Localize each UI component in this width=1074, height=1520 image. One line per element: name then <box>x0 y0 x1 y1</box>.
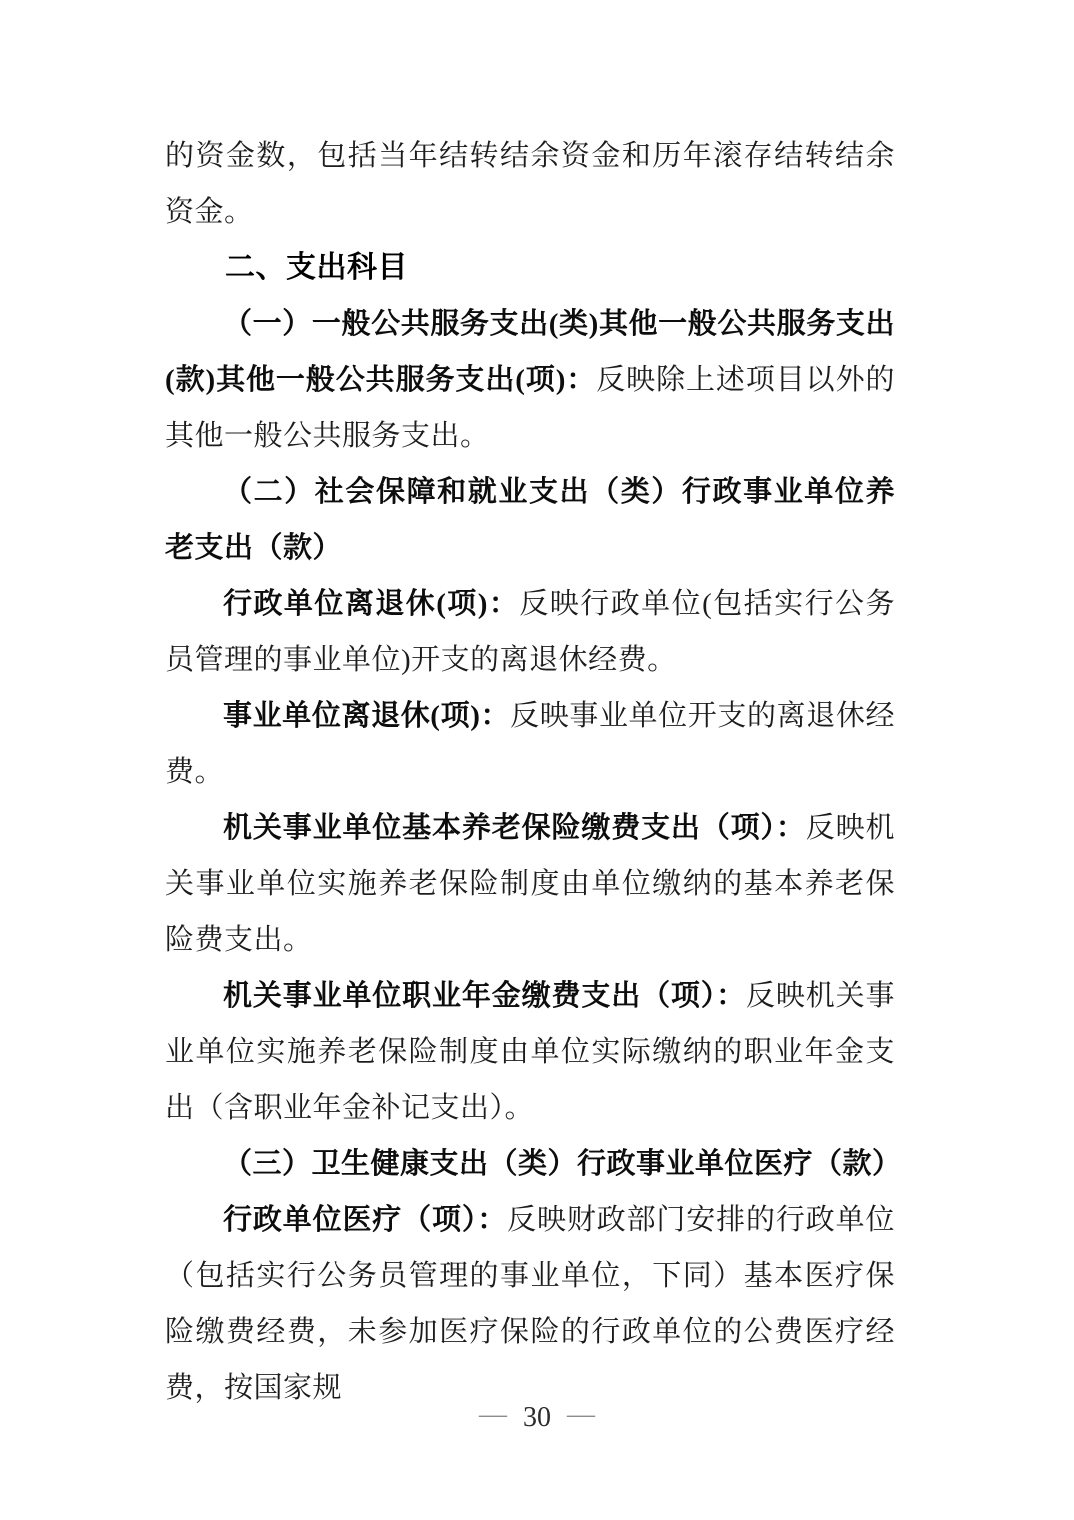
heading-expenditure-items: 二、支出科目 <box>165 240 895 296</box>
page-number: 30 <box>523 1402 551 1433</box>
para-institution-retirement: 事业单位离退休(项)：反映事业单位开支的离退休经费。 <box>165 688 895 800</box>
text-run: 行政单位医疗（项）： <box>223 1204 507 1236</box>
para-social-security-pension: （二）社会保障和就业支出（类）行政事业单位养老支出（款） <box>165 464 895 576</box>
text-run: 事业单位离退休(项)： <box>223 700 510 732</box>
footer-dash-left: — <box>479 1399 507 1430</box>
para-occupational-annuity-contribution: 机关事业单位职业年金缴费支出（项）：反映机关事业单位实施养老保险制度由单位实际缴… <box>165 968 895 1136</box>
text-run: （二）社会保障和就业支出（类）行政事业单位养老支出（款） <box>165 476 895 564</box>
para-admin-unit-medical: 行政单位医疗（项）：反映财政部门安排的行政单位（包括实行公务员管理的事业单位，下… <box>165 1192 895 1416</box>
document-body: 的资金数，包括当年结转结余资金和历年滚存结转结余资金。二、支出科目（一）一般公共… <box>165 128 895 1416</box>
text-run: 机关事业单位职业年金缴费支出（项）： <box>223 980 746 1012</box>
para-admin-unit-retirement: 行政单位离退休(项)：反映行政单位(包括实行公务 员管理的事业单位)开支的离退休… <box>165 576 895 688</box>
para-general-public-services: （一）一般公共服务支出(类)其他一般公共服务支出(款)其他一般公共服务支出(项)… <box>165 296 895 464</box>
text-run: 行政单位离退休(项)： <box>223 588 519 620</box>
text-run: （三）卫生健康支出（类）行政事业单位医疗（款） <box>223 1148 902 1180</box>
page-footer: —30— <box>0 1396 1074 1440</box>
footer-dash-right: — <box>567 1399 595 1430</box>
para-health-expenditure: （三）卫生健康支出（类）行政事业单位医疗（款） <box>165 1136 895 1192</box>
para-carryover-funds: 的资金数，包括当年结转结余资金和历年滚存结转结余资金。 <box>165 128 895 240</box>
text-run: 的资金数，包括当年结转结余资金和历年滚存结转结余资金。 <box>165 140 895 228</box>
document-page: 的资金数，包括当年结转结余资金和历年滚存结转结余资金。二、支出科目（一）一般公共… <box>0 0 1074 1520</box>
para-basic-pension-contribution: 机关事业单位基本养老保险缴费支出（项）：反映机关事业单位实施养老保险制度由单位缴… <box>165 800 895 968</box>
text-run: 二、支出科目 <box>225 251 408 284</box>
text-run: 机关事业单位基本养老保险缴费支出（项）： <box>223 812 806 844</box>
